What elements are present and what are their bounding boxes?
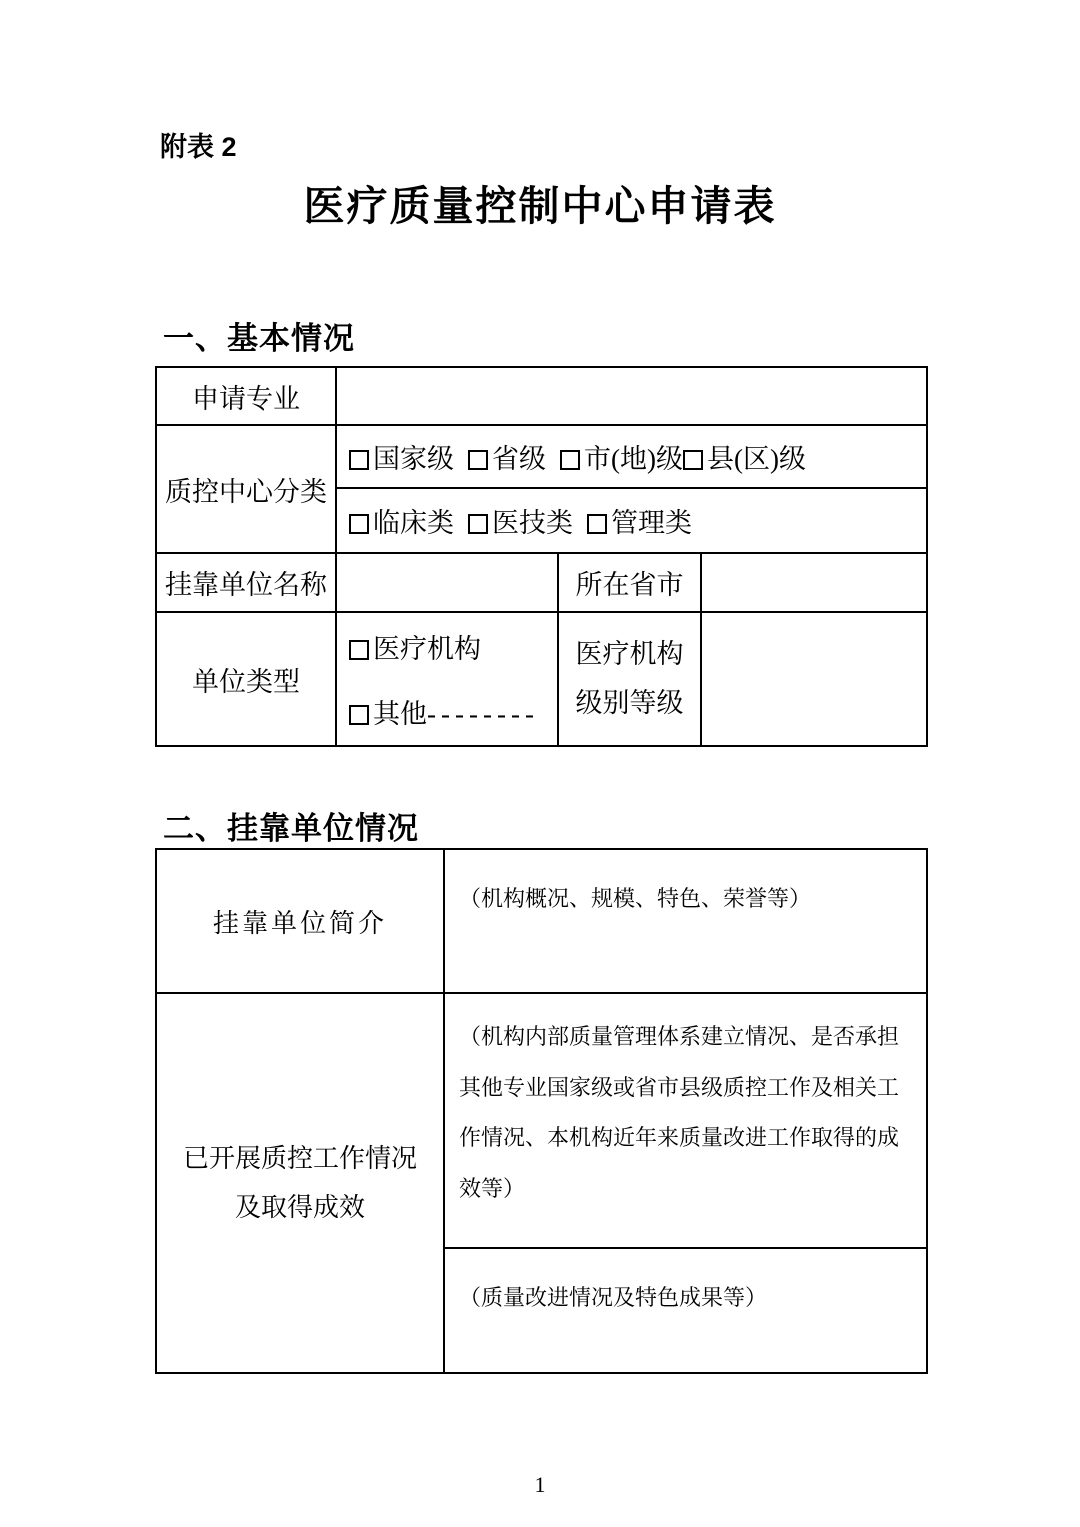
checkbox-icon[interactable]: [683, 450, 703, 470]
checkbox-icon[interactable]: [349, 640, 369, 660]
table-row: 挂靠单位简介 （机构概况、规模、特色、荣誉等）: [156, 849, 927, 993]
affiliated-unit-name-label: 挂靠单位名称: [156, 553, 336, 612]
checkbox-icon[interactable]: [468, 450, 488, 470]
affiliated-unit-name-input-cell[interactable]: [336, 553, 558, 612]
checkbox-option-label: 县(区)级: [707, 444, 806, 474]
checkbox-icon[interactable]: [349, 514, 369, 534]
checkbox-option-label: 临床类: [373, 508, 454, 538]
unit-intro-input-cell[interactable]: （机构概况、规模、特色、荣誉等）: [444, 849, 927, 993]
checkbox-option-label: 省级: [492, 444, 546, 474]
attachment-label: 附表 2: [160, 131, 237, 163]
table-row: 挂靠单位名称 所在省市: [156, 553, 927, 612]
checkbox-option-label: 管理类: [611, 508, 692, 538]
qc-work-label: 已开展质控工作情况 及取得成效: [156, 993, 444, 1373]
opt-municipal[interactable]: 市(地)级: [560, 444, 683, 474]
checkbox-icon[interactable]: [560, 450, 580, 470]
application-specialty-label: 申请专业: [156, 367, 336, 425]
checkbox-option-label: 医技类: [492, 508, 573, 538]
application-specialty-input-cell[interactable]: [336, 367, 927, 425]
province-city-label: 所在省市: [558, 553, 701, 612]
opt-clinical[interactable]: 临床类: [349, 508, 454, 538]
institution-level-label: 医疗机构 级别等级: [558, 612, 701, 746]
checkbox-option-label: 市(地)级: [584, 444, 683, 474]
section-1-heading: 一、基本情况: [163, 320, 355, 357]
unit-type-label: 单位类型: [156, 612, 336, 746]
center-level-options-cell: 国家级省级市(地)级县(区)级: [336, 425, 927, 488]
opt-medtech[interactable]: 医技类: [468, 508, 573, 538]
institution-level-label-line2: 级别等级: [559, 679, 700, 728]
checkbox-option-label: 国家级: [373, 444, 454, 474]
qc-work-main-input-cell[interactable]: （机构内部质量管理体系建立情况、是否承担其他专业国家级或省市县级质控工作及相关工…: [444, 993, 927, 1248]
basic-info-table: 申请专业 质控中心分类 国家级省级市(地)级县(区)级 临床类医技类管理类 挂靠…: [155, 366, 928, 747]
document-page: 附表 2 医疗质量控制中心申请表 一、基本情况 申请专业 质控中心分类 国家级省…: [0, 0, 1080, 1527]
checkbox-option-label: 医疗机构: [373, 634, 481, 664]
institution-level-input-cell[interactable]: [701, 612, 927, 746]
table-row: 质控中心分类 国家级省级市(地)级县(区)级: [156, 425, 927, 488]
table-row: 申请专业: [156, 367, 927, 425]
qc-work-label-line2: 及取得成效: [157, 1183, 443, 1232]
table-row: 已开展质控工作情况 及取得成效 （机构内部质量管理体系建立情况、是否承担其他专业…: [156, 993, 927, 1248]
document-title: 医疗质量控制中心申请表: [0, 182, 1080, 231]
unit-intro-label: 挂靠单位简介: [156, 849, 444, 993]
page-number: 1: [0, 1472, 1080, 1498]
opt-medical-institution[interactable]: 医疗机构: [349, 627, 557, 666]
center-category-label: 质控中心分类: [156, 425, 336, 553]
section-2-heading: 二、挂靠单位情况: [163, 810, 419, 847]
center-type-options-cell: 临床类医技类管理类: [336, 488, 927, 553]
opt-other[interactable]: 其他--------: [349, 692, 557, 731]
checkbox-icon[interactable]: [468, 514, 488, 534]
checkbox-option-label: 其他: [373, 699, 427, 729]
qc-work-label-line1: 已开展质控工作情况: [157, 1134, 443, 1183]
opt-management[interactable]: 管理类: [587, 508, 692, 538]
affiliated-unit-table: 挂靠单位简介 （机构概况、规模、特色、荣誉等） 已开展质控工作情况 及取得成效 …: [155, 848, 928, 1374]
unit-type-options-cell: 医疗机构 其他--------: [336, 612, 558, 746]
qc-work-secondary-input-cell[interactable]: （质量改进情况及特色成果等）: [444, 1248, 927, 1373]
opt-county[interactable]: 县(区)级: [683, 444, 806, 474]
opt-national[interactable]: 国家级: [349, 444, 454, 474]
checkbox-icon[interactable]: [587, 514, 607, 534]
institution-level-label-line1: 医疗机构: [559, 630, 700, 679]
table-row: 单位类型 医疗机构 其他-------- 医疗机构 级别等级: [156, 612, 927, 746]
opt-provincial[interactable]: 省级: [468, 444, 546, 474]
province-city-input-cell[interactable]: [701, 553, 927, 612]
checkbox-icon[interactable]: [349, 705, 369, 725]
checkbox-icon[interactable]: [349, 450, 369, 470]
other-fill-blank[interactable]: --------: [427, 699, 539, 729]
